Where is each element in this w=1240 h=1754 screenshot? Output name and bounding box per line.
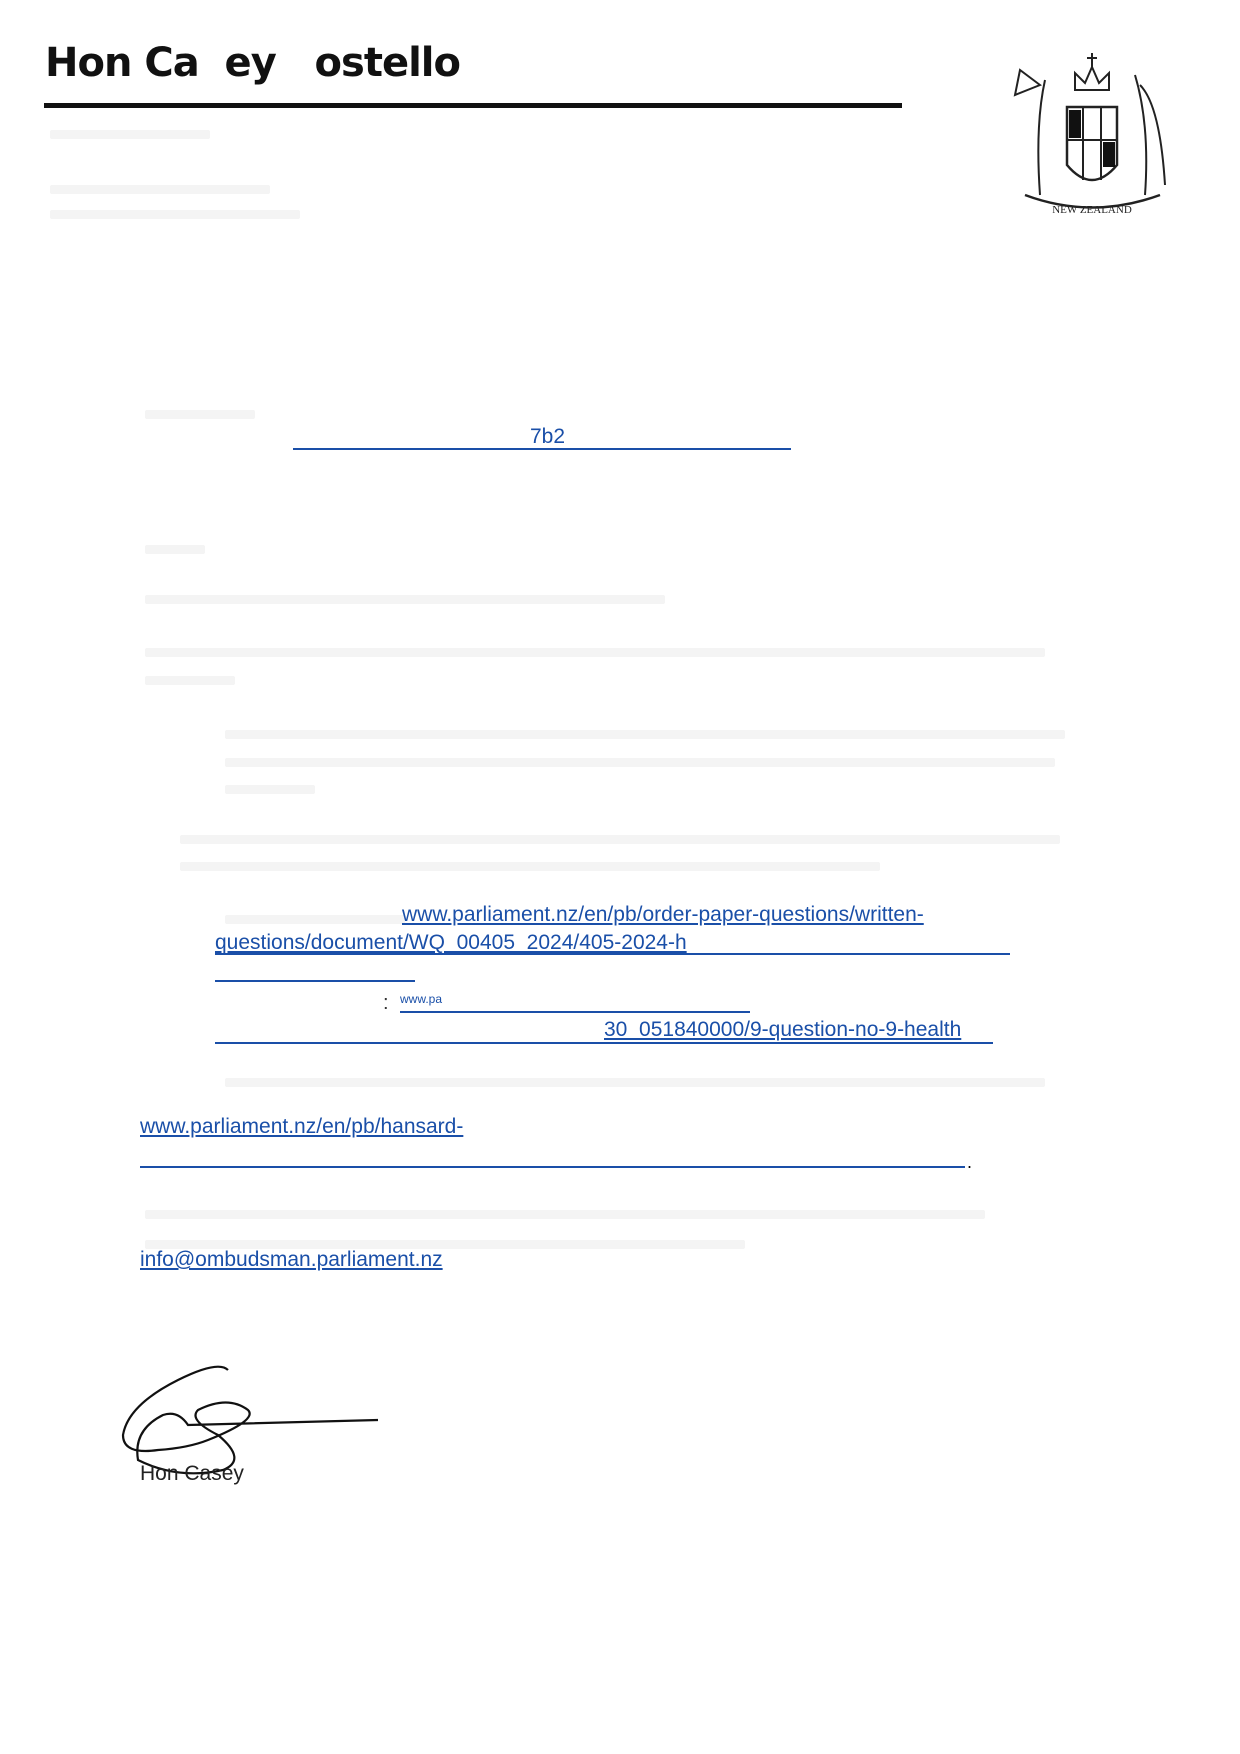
ombudsman-email-link[interactable]: info@ombudsman.parliament.nz — [140, 1248, 443, 1272]
reference-link-fragment[interactable]: 7b2 — [530, 425, 565, 449]
letterhead-rule — [44, 103, 902, 108]
hansard-link[interactable]: www.parliament.nz/en/pb/hansard- — [140, 1115, 463, 1139]
redacted-line — [145, 676, 235, 685]
letterhead-name: Hon Ca ey ostello — [45, 40, 460, 86]
redacted-line — [145, 1210, 985, 1219]
hansard-trailing-period: . — [967, 1152, 972, 1173]
redacted-line — [225, 730, 1065, 739]
written-question-link-underline[interactable] — [215, 953, 1010, 955]
written-question-link-underline[interactable] — [215, 980, 415, 982]
redacted-line — [180, 862, 880, 871]
redacted-line — [145, 410, 255, 419]
oral-question-colon: : — [383, 992, 389, 1015]
redacted-line — [145, 648, 1045, 657]
hansard-link-underline[interactable] — [140, 1166, 965, 1168]
written-question-link-line2[interactable]: questions/document/WQ 00405 2024/405-202… — [215, 931, 687, 955]
oral-question-link-underline[interactable] — [400, 1011, 750, 1013]
redacted-line — [145, 595, 665, 604]
redacted-line — [50, 210, 300, 219]
oral-question-link-underline[interactable] — [215, 1042, 993, 1044]
signatory-name: Hon Casey — [140, 1462, 244, 1486]
oral-question-link-line2[interactable]: 30 051840000/9-question-no-9-health — [604, 1018, 961, 1042]
coat-of-arms-icon: NEW ZEALAND — [995, 45, 1190, 230]
redacted-line — [225, 758, 1055, 767]
redacted-line — [145, 545, 205, 554]
redacted-line — [50, 185, 270, 194]
redacted-line — [225, 785, 315, 794]
oral-question-link-line1[interactable]: www.pa — [400, 992, 442, 1006]
redacted-line — [225, 915, 405, 924]
redacted-line — [225, 1078, 1045, 1087]
redacted-line — [50, 130, 210, 139]
written-question-link-line1[interactable]: www.parliament.nz/en/pb/order-paper-ques… — [402, 903, 924, 927]
svg-text:NEW ZEALAND: NEW ZEALAND — [1052, 204, 1132, 216]
redacted-line — [180, 835, 1060, 844]
